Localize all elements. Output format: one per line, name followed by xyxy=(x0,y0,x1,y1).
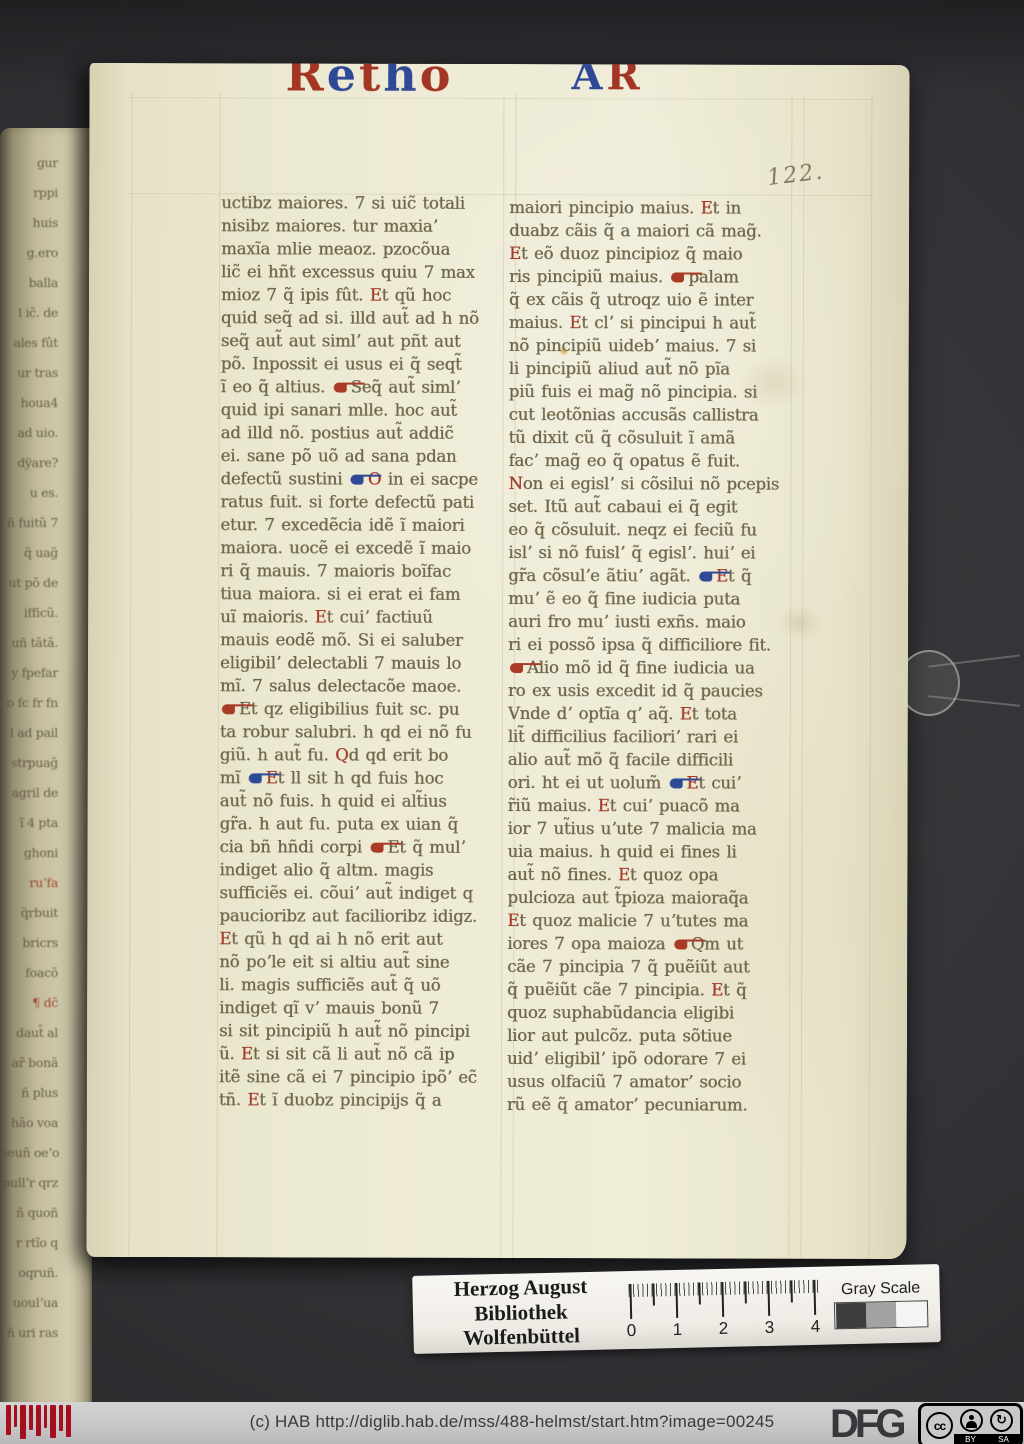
text-segment: nisibz maiores. tur maxiaʼ xyxy=(221,216,437,236)
edge-text-fragment: foacõ xyxy=(0,958,62,988)
text-segment: mĩ. 7 salus delectacõe maoe. xyxy=(220,676,461,696)
manuscript-line: islʼ si nõ fuislʼ q̃ egislʼ. huiʼ ei xyxy=(508,541,806,565)
manuscript-line: cut leotõnias accusãs callistra xyxy=(509,403,807,427)
text-segment: ori. ht ei ut uolum̃ xyxy=(508,773,668,792)
text-segment: E xyxy=(241,1044,253,1063)
text-segment: t clʼ si pincipui h aut̃ xyxy=(581,313,755,332)
manuscript-line: aut̃ nõ fuis. h quid ei alt̃ius xyxy=(220,789,515,813)
text-segment: rũ eẽ q̃ amatorʼ pecuniarum. xyxy=(507,1095,748,1115)
text-segment: Alio mõ id q̃ fine iudicia ua xyxy=(527,658,755,678)
edge-text-fragment: ruʼfa xyxy=(0,868,62,898)
text-segment: islʼ si nõ fuislʼ q̃ egislʼ. huiʼ ei xyxy=(508,543,755,563)
text-segment: itẽ sine cã ei 7 pincipio ipõʼ ec̃ xyxy=(219,1067,477,1087)
text-segment: quid seq̃ ad si. illd aut̃ ad h nõ xyxy=(221,308,479,328)
edge-text-fragment: q̃rbuit xyxy=(0,898,62,928)
text-segment: Q xyxy=(335,746,348,765)
dfg-logo: DFG xyxy=(830,1402,902,1444)
text-segment: uĩ maioris. xyxy=(220,607,315,626)
person-head xyxy=(969,1415,974,1420)
ruling-line xyxy=(129,97,873,100)
text-segment: set. Itũ aut̃ cabaui ei q̃ egit xyxy=(508,497,737,517)
manuscript-line: uidʼ eligibilʼ ipõ odorare 7 ei xyxy=(507,1047,805,1071)
text-segment: auri fro muʼ iusti exñs. maio xyxy=(508,612,745,632)
manuscript-line: set. Itũ aut̃ cabaui ei q̃ egit xyxy=(508,495,806,519)
text-segment: tiua maiora. si ei erat ei fam xyxy=(220,584,460,604)
pilcrow-mark xyxy=(669,778,682,788)
text-segment: cia bñ hñdi corpi xyxy=(219,837,368,856)
text-segment: gr̃a cõsulʼe ãtiuʼ agãt. xyxy=(508,566,697,585)
institution-label: Herzog August Bibliothek Wolfenbüttel xyxy=(412,1273,630,1352)
text-segment: nõ pincipiũ uidebʼ maius. 7 si xyxy=(509,336,756,356)
text-segment: sufficiẽs ei. cõuiʼ aut̃ indiget q xyxy=(219,883,472,903)
edge-text-fragment: q̃ uag̃ xyxy=(0,538,62,568)
cc-icon: cc xyxy=(926,1412,953,1439)
text-segment: Seq̃ aut̃ simlʼ xyxy=(351,378,461,397)
text-segment: defectũ sustini xyxy=(220,469,348,488)
manuscript-line: ei. sane põ uõ ad sana pdan xyxy=(221,444,516,468)
edge-text-fragment: ifficũ. xyxy=(0,598,62,628)
ruler: 01234 xyxy=(628,1273,829,1344)
gray-patch-white xyxy=(896,1301,927,1327)
manuscript-line: alio aut̃ mõ q̃ facile difficili xyxy=(508,748,806,772)
edge-text-fragment: uoulʼua xyxy=(0,1288,62,1318)
edge-text-fragment: ñ fuitũ 7 xyxy=(0,508,62,538)
text-segment: tũ dixit cũ q̃ cõsuluit ĩ amã xyxy=(509,428,735,448)
edge-text-fragment: ñ uri ras xyxy=(0,1318,62,1348)
edge-text-fragment: ar̃ bonã xyxy=(0,1048,62,1078)
text-segment: ad illd nõ. postius aut̃ addic̃ xyxy=(221,423,454,443)
text-segment: t ll sit h qd fuis hoc xyxy=(278,768,444,787)
manuscript-line: ri ei possõ ipsa q̃ difficiliore fit. xyxy=(508,633,806,657)
edge-text-fragment: houa4 xyxy=(0,388,62,418)
running-title-right: AR xyxy=(571,63,643,99)
edge-text-fragment: r rtĩo q xyxy=(0,1228,62,1258)
manuscript-line: ad illd nõ. postius aut̃ addic̃ xyxy=(221,421,516,445)
pilcrow-mark xyxy=(370,843,383,853)
text-segment: E xyxy=(686,773,698,792)
manuscript-line: Et qz eligibilius fuit sc. pu xyxy=(220,697,515,721)
cc-by-person-icon xyxy=(960,1409,983,1432)
scale-bar: Herzog August Bibliothek Wolfenbüttel 01… xyxy=(412,1264,941,1354)
text-segment: giũ. h aut̃ fu. xyxy=(220,745,335,764)
text-column-left: uctibz maiores. 7 si uic̃ totalinisibz m… xyxy=(219,191,516,1112)
text-segment: on ei egislʼ si cõsilui nõ pcepis xyxy=(523,474,779,494)
text-segment: cut leotõnias accusãs callistra xyxy=(509,405,759,425)
text-segment: duabz cãis q̃ a maiori cã mag̃. xyxy=(509,221,761,241)
manuscript-line: li pincipiũ aliud aut̃ nõ pĩa xyxy=(509,357,807,381)
gray-scale-label: Gray Scale xyxy=(828,1279,932,1299)
text-segment: E xyxy=(680,704,692,723)
manuscript-line: ior 7 ut̃ius uʼute 7 malicia ma xyxy=(508,817,806,841)
text-segment: maiori pincipio maius. xyxy=(509,198,700,218)
text-segment: r̃iũ maius. xyxy=(508,796,598,815)
manuscript-line: duabz cãis q̃ a maiori cã mag̃. xyxy=(509,219,807,243)
edge-text-fragment: oqruñ. xyxy=(0,1258,62,1288)
text-segment: Vnde dʼ optĩa qʼ aq̃. xyxy=(508,704,680,723)
edge-text-fragment: g.ero xyxy=(0,238,62,268)
manuscript-line: põ. Inpossit ei usus ei q̃ seqt̃ xyxy=(221,352,516,376)
text-segment: E xyxy=(247,1090,259,1109)
ruler-number: 4 xyxy=(804,1317,826,1337)
manuscript-line: iores 7 opa maioza Qm ut xyxy=(507,932,805,956)
text-segment: E xyxy=(711,981,723,1000)
text-segment: E xyxy=(598,796,610,815)
text-segment: uia maius. h quid ei fines li xyxy=(507,842,736,862)
manuscript-line: Et quoz malicie 7 uʼtutes ma xyxy=(507,909,805,933)
text-segment: uidʼ eligibilʼ ipõ odorare 7 ei xyxy=(507,1049,746,1069)
text-segment: cãe 7 pincipia 7 q̃ puẽiũt aut xyxy=(507,957,749,977)
text-segment: E xyxy=(701,199,713,218)
text-segment: eligibilʼ delectabli 7 mauis lo xyxy=(220,653,461,673)
text-segment: N xyxy=(508,474,522,493)
text-segment: palam xyxy=(688,267,738,286)
manuscript-line: giũ. h aut̃ fu. Qd qd erit bo xyxy=(220,743,515,767)
text-segment: mĩ xyxy=(220,768,247,787)
gray-patch-dark xyxy=(836,1303,867,1329)
footer-bar: (c) HAB http://diglib.hab.de/mss/488-hel… xyxy=(0,1402,1024,1444)
text-segment: li pincipiũ aliud aut̃ nõ pĩa xyxy=(509,359,730,379)
manuscript-line: ratus fuit. si forte defectũ pati xyxy=(220,490,515,514)
running-title-glyph: o xyxy=(420,63,454,102)
text-segment: t in xyxy=(712,199,741,218)
text-segment: E xyxy=(219,929,231,948)
text-segment: Qm ut xyxy=(691,935,743,954)
text-segment: tñ. xyxy=(219,1090,248,1109)
edge-text-fragment: beuñ oeʼo xyxy=(0,1138,62,1168)
manuscript-line: tñ. Et ĩ duobz pincipijs q̃ a xyxy=(219,1088,514,1112)
text-segment: E xyxy=(618,865,630,884)
manuscript-line: ro ex usis excedit id q̃ paucies xyxy=(508,679,806,703)
running-title-glyph: t xyxy=(359,63,383,102)
manuscript-line: maius. Et clʼ si pincipui h aut̃ xyxy=(509,311,807,335)
edge-text-fragment: ales fût xyxy=(0,328,62,358)
edge-text-fragment: gur xyxy=(0,148,62,178)
text-segment: Et q̃ mulʼ xyxy=(387,838,465,857)
text-segment: t q̃ xyxy=(723,981,746,1000)
institution-line1: Herzog August Bibliothek xyxy=(412,1273,629,1327)
cc-sa-arrow-icon: ↻ xyxy=(990,1409,1013,1432)
text-segment: maius. xyxy=(509,313,570,332)
photo-background: gurrppihuisg.eroballal ic̃. deales fûtur… xyxy=(0,0,1024,1444)
pilcrow-mark xyxy=(334,383,347,393)
ruler-number: 3 xyxy=(758,1318,780,1338)
text-segment: usus olfaciũ 7 amatorʼ socio xyxy=(507,1072,741,1092)
edge-text-fragment: strpuag̃ xyxy=(0,748,62,778)
manuscript-line: Vnde dʼ optĩa qʼ aq̃. Et tota xyxy=(508,702,806,726)
text-segment: ũ. xyxy=(219,1044,241,1063)
book-fore-edge-pages: gurrppihuisg.eroballal ic̃. deales fûtur… xyxy=(0,128,92,1410)
text-segment: piũ fuis ei mag̃ nõ pincipia. si xyxy=(509,382,758,402)
manuscript-line: Et qũ h qd ai h nõ erit aut xyxy=(219,927,514,951)
pilcrow-mark xyxy=(674,939,687,949)
manuscript-line: maiora. uocẽ ei excedẽ ĩ maio xyxy=(220,536,515,560)
text-segment: ta robur salubri. h qd ei nõ fu xyxy=(220,722,472,742)
manuscript-line: tũ dixit cũ q̃ cõsuluit ĩ amã xyxy=(509,426,807,450)
running-title-glyph: A xyxy=(571,63,606,99)
manuscript-line: defectũ sustini O in ei sacpe xyxy=(220,467,515,491)
manuscript-line: gr̃a cõsulʼe ãtiuʼ agãt. Et q̃ xyxy=(508,564,806,588)
text-segment: seq̃ aut̃ aut simlʼ aut pñt aut xyxy=(221,331,461,351)
manuscript-line: nisibz maiores. tur maxiaʼ xyxy=(221,214,516,238)
text-segment: aut̃ nõ fuis. h quid ei alt̃ius xyxy=(220,791,447,811)
pilcrow-mark xyxy=(351,475,364,485)
text-segment: uctibz maiores. 7 si uic̃ totali xyxy=(221,193,465,213)
manuscript-line: seq̃ aut̃ aut simlʼ aut pñt aut xyxy=(221,329,516,353)
manuscript-line: muʼ ẽ eo q̃ fine iudicia puta xyxy=(508,587,806,611)
text-segment: t tota xyxy=(692,705,737,724)
text-segment: pulcioza aut t̃pioza maioraq̃a xyxy=(507,888,748,908)
pilcrow-mark xyxy=(510,663,523,673)
text-segment: Et qz eligibilius fuit sc. pu xyxy=(239,699,459,719)
text-segment: t cuiʼ puacõ ma xyxy=(610,796,740,815)
edge-text-fragment: hão voa xyxy=(0,1108,62,1138)
manuscript-line: Non ei egislʼ si cõsilui nõ pcepis xyxy=(508,472,806,496)
text-segment: t quoz opa xyxy=(630,865,718,884)
text-segment: t eõ duoz pincipioz q̃ maio xyxy=(521,244,742,264)
text-segment: in ei sacpe xyxy=(381,470,478,489)
pilcrow-mark xyxy=(671,272,684,282)
running-title-glyph: R xyxy=(607,63,644,99)
edge-text-fragment: dÿare? xyxy=(0,448,62,478)
manuscript-line: maiori pincipio maius. Et in xyxy=(509,196,807,220)
manuscript-line: mioz 7 q̃ ipis fût. Et qũ hoc xyxy=(221,283,516,307)
text-segment: indiget alio q̃ altm. magis xyxy=(219,860,433,880)
manuscript-line: q̃ puẽiũt cãe 7 pincipia. Et q̃ xyxy=(507,978,805,1002)
manuscript-line: uia maius. h quid ei fines li xyxy=(507,840,805,864)
edge-text-fragment: l ic̃. de xyxy=(0,298,62,328)
text-segment: alio aut̃ mõ q̃ facile difficili xyxy=(508,750,733,770)
text-segment: ri ei possõ ipsa q̃ difficiliore fit. xyxy=(508,635,771,655)
running-title-glyph: R xyxy=(285,63,326,102)
manuscript-line: ta robur salubri. h qd ei nõ fu xyxy=(220,720,515,744)
manuscript-line: uctibz maiores. 7 si uic̃ totali xyxy=(221,191,516,215)
text-segment: quid ipi sanari mlle. hoc aut̃ xyxy=(221,400,457,420)
manuscript-line: li. magis sufficiẽs aut̃ q̃ uõ xyxy=(219,973,514,997)
manuscript-line: mĩ Et ll sit h qd fuis hoc xyxy=(220,766,515,790)
edge-text-fragment: ghoni xyxy=(0,838,62,868)
running-title-left: Retho xyxy=(285,63,453,102)
edge-text-fragment: ur tras xyxy=(0,358,62,388)
manuscript-line: lit̃ difficilius facilioriʼ rari ei xyxy=(508,725,806,749)
text-segment: muʼ ẽ eo q̃ fine iudicia puta xyxy=(508,589,740,609)
edge-text-fragment: o fc fr fn xyxy=(0,688,62,718)
manuscript-line: paucioribz aut facilioribz idigz. xyxy=(219,904,514,928)
text-segment: facʼ mag̃ eo q̃ opatus ẽ fuit. xyxy=(509,451,740,471)
text-segment: maxĩa mlie meaoz. pzocõua xyxy=(221,239,450,259)
manuscript-line: eo q̃ cõsuluit. neqz ei feciũ fu xyxy=(508,518,806,542)
text-segment: põ. Inpossit ei usus ei q̃ seqt̃ xyxy=(221,354,462,374)
manuscript-line: quoz suphabũdancia eligibi xyxy=(507,1001,805,1025)
manuscript-line: indiget alio q̃ altm. magis xyxy=(219,858,514,882)
manuscript-line: itẽ sine cã ei 7 pincipio ipõʼ ec̃ xyxy=(219,1065,514,1089)
ruling-line xyxy=(128,93,132,1258)
pilcrow-mark xyxy=(249,773,262,783)
manuscript-line: facʼ mag̃ eo q̃ opatus ẽ fuit. xyxy=(508,449,806,473)
text-segment: O xyxy=(368,470,381,489)
running-title-glyph: h xyxy=(383,63,420,102)
manuscript-line: gr̃a. h aut fu. puta ex uian q̃ xyxy=(220,812,515,836)
text-segment: li. magis sufficiẽs aut̃ q̃ uõ xyxy=(219,975,440,995)
manuscript-line: si sit pincipiũ h aut̃ nõ pincipi xyxy=(219,1019,514,1043)
manuscript-line: ũ. Et si sit cã li aut̃ nõ cã ip xyxy=(219,1042,514,1066)
manuscript-line: indiget qĩ vʼ mauis bonũ 7 xyxy=(219,996,514,1020)
manuscript-line: usus olfaciũ 7 amatorʼ socio xyxy=(507,1070,805,1094)
edge-text-fragment: y fpefar xyxy=(0,658,62,688)
edge-text-fragment: daut̃ al xyxy=(0,1018,62,1048)
manuscript-line: cia bñ hñdi corpi Et q̃ mulʼ xyxy=(219,835,514,859)
text-segment: paucioribz aut facilioribz idigz. xyxy=(219,906,477,926)
text-segment: quoz suphabũdancia eligibi xyxy=(507,1003,734,1023)
manuscript-line: eligibilʼ delectabli 7 mauis lo xyxy=(220,651,515,675)
manuscript-line: piũ fuis ei mag̃ nõ pincipia. si xyxy=(509,380,807,404)
text-segment: q̃ ex cãis q̃ utroqz uio ẽ inter xyxy=(509,290,753,310)
manuscript-line: q̃ ex cãis q̃ utroqz uio ẽ inter xyxy=(509,288,807,312)
edge-text-fragment: balla xyxy=(0,268,62,298)
manuscript-line: sufficiẽs ei. cõuiʼ aut̃ indiget q xyxy=(219,881,514,905)
text-segment: E xyxy=(507,911,519,930)
text-segment: t cuiʼ factiuũ xyxy=(327,608,433,627)
text-segment: gr̃a. h aut fu. puta ex uian q̃ xyxy=(220,814,458,834)
cc-by-label: BY xyxy=(965,1436,976,1444)
text-segment: t si sit cã li aut̃ nõ cã ip xyxy=(253,1044,455,1064)
text-segment: ratus fuit. si forte defectũ pati xyxy=(220,492,474,512)
institution-line2: Wolfenbüttel xyxy=(413,1322,630,1352)
text-segment: t ĩ duobz pincipijs q̃ a xyxy=(259,1090,441,1109)
edge-text-fragment: bricrs xyxy=(0,928,62,958)
text-segment: ĩ eo q̃ altius. xyxy=(221,377,332,396)
manuscript-line: pulcioza aut t̃pioza maioraq̃a xyxy=(507,886,805,910)
manuscript-line: maxĩa mlie meaoz. pzocõua xyxy=(221,237,516,261)
text-segment: lit̃ difficilius facilioriʼ rari ei xyxy=(508,727,738,747)
text-segment: aut̃ nõ fines. xyxy=(507,865,618,884)
edge-text-fragment: ¶ dc̃ xyxy=(0,988,62,1018)
text-segment: q̃ puẽiũt cãe 7 pincipia. xyxy=(507,980,711,1000)
manuscript-line: etur. 7 excedẽcia idẽ ĩ maiori xyxy=(220,513,515,537)
manuscript-line: tiua maiora. si ei erat ei fam xyxy=(220,582,515,606)
edge-text-fragment: pullʼr qrz xyxy=(0,1168,62,1198)
manuscript-line: quid seq̃ ad si. illd aut̃ ad h nõ xyxy=(221,306,516,330)
manuscript-line: ri q̃ mauis. 7 maioris boĩfac xyxy=(220,559,515,583)
text-column-right: maiori pincipio maius. Et induabz cãis q… xyxy=(507,196,807,1117)
text-segment: ri q̃ mauis. 7 maioris boĩfac xyxy=(220,561,451,581)
folio-number: 122. xyxy=(766,159,826,191)
text-segment: iores 7 opa maioza xyxy=(507,934,672,953)
manuscript-line: uĩ maioris. Et cuiʼ factiuũ xyxy=(220,605,515,629)
edge-text-fragment: l ad pail xyxy=(0,718,62,748)
cc-sa-label: SA xyxy=(998,1436,1009,1444)
manuscript-page: Retho AR 122. uctibz maiores. 7 si uic̃ … xyxy=(86,63,909,1259)
text-segment: E xyxy=(370,286,382,305)
text-segment: t qũ hoc xyxy=(382,286,452,305)
edge-text-fragment: ut põ de xyxy=(0,568,62,598)
text-segment: t qũ h qd ai h nõ erit aut xyxy=(231,929,442,949)
person-body xyxy=(966,1421,977,1428)
running-title-glyph: e xyxy=(327,63,359,102)
text-segment: E xyxy=(569,313,581,332)
manuscript-line: ris pincipiũ maius. palam xyxy=(509,265,807,289)
ruler-number: 1 xyxy=(666,1320,688,1340)
text-segment: nõ poʼle eit si altiu aut̃ sine xyxy=(219,952,449,972)
text-segment: mioz 7 q̃ ipis fût. xyxy=(221,285,370,304)
manuscript-line: Alio mõ id q̃ fine iudicia ua xyxy=(508,656,806,680)
text-segment: ris pincipiũ maius. xyxy=(509,267,669,286)
manuscript-line: r̃iũ maius. Et cuiʼ puacõ ma xyxy=(508,794,806,818)
edge-text-fragment: u es. xyxy=(0,478,62,508)
text-segment: ei. sane põ uõ ad sana pdan xyxy=(221,446,457,466)
text-segment: si sit pincipiũ h aut̃ nõ pincipi xyxy=(219,1021,470,1041)
cc-license-labels: BY SA xyxy=(954,1434,1020,1444)
manuscript-line: ĩ eo q̃ altius. Seq̃ aut̃ simlʼ xyxy=(221,375,516,399)
gray-patch-mid xyxy=(866,1302,897,1328)
text-segment: eo q̃ cõsuluit. neqz ei feciũ fu xyxy=(508,520,756,540)
text-segment: t quoz malicie 7 uʼtutes ma xyxy=(519,911,748,931)
manuscript-line: mĩ. 7 salus delectacõe maoe. xyxy=(220,674,515,698)
ruler-number: 2 xyxy=(712,1319,734,1339)
edge-text-fragment: ñ plus xyxy=(0,1078,62,1108)
text-segment: indiget qĩ vʼ mauis bonũ 7 xyxy=(219,998,439,1018)
pilcrow-mark xyxy=(699,572,712,582)
edge-text-fragment: ñ quoñ xyxy=(0,1198,62,1228)
manuscript-line: quid ipi sanari mlle. hoc aut̃ xyxy=(221,398,516,422)
manuscript-line: lior aut pulcõz. puta sõtiue xyxy=(507,1024,805,1048)
text-segment: ior 7 ut̃ius uʼute 7 malicia ma xyxy=(508,819,757,839)
manuscript-line: ori. ht ei ut uolum̃ Et cuiʼ xyxy=(508,771,806,795)
manuscript-line: Et eõ duoz pincipioz q̃ maio xyxy=(509,242,807,266)
text-segment: t q̃ xyxy=(728,567,751,586)
manuscript-line: auri fro muʼ iusti exñs. maio xyxy=(508,610,806,634)
text-segment: E xyxy=(315,608,327,627)
text-segment: t cuiʼ xyxy=(698,774,741,793)
manuscript-line: nõ pincipiũ uidebʼ maius. 7 si xyxy=(509,334,807,358)
edge-text-fragment: uñ tãtã. xyxy=(0,628,62,658)
text-segment: mauis eodẽ mõ. Si ei saluber xyxy=(220,630,463,650)
text-segment: etur. 7 excedẽcia idẽ ĩ maiori xyxy=(220,515,464,535)
manuscript-line: rũ eẽ q̃ amatorʼ pecuniarum. xyxy=(507,1093,805,1117)
cc-license-badge: cc ↻ BY SA xyxy=(918,1403,1023,1444)
manuscript-line: lic̃ ei hñt excessus quiu 7 max xyxy=(221,260,516,284)
text-segment: E xyxy=(266,768,278,787)
text-segment: ro ex usis excedit id q̃ paucies xyxy=(508,681,763,701)
text-segment: E xyxy=(716,567,728,586)
text-segment: maiora. uocẽ ei excedẽ ĩ maio xyxy=(220,538,471,558)
edge-text-fragment: huis xyxy=(0,208,62,238)
page-holder-clip xyxy=(898,650,960,716)
edge-text-fragment: agril de xyxy=(0,778,62,808)
manuscript-line: mauis eodẽ mõ. Si ei saluber xyxy=(220,628,515,652)
text-segment: lior aut pulcõz. puta sõtiue xyxy=(507,1026,732,1046)
manuscript-line: nõ poʼle eit si altiu aut̃ sine xyxy=(219,950,514,974)
edge-text-fragment: rppi xyxy=(0,178,62,208)
edge-text-fragment: ĩ 4 pta xyxy=(0,808,62,838)
pilcrow-mark xyxy=(222,704,235,714)
edge-text-fragment: ad uio. xyxy=(0,418,62,448)
text-segment: E xyxy=(509,244,521,263)
manuscript-line: cãe 7 pincipia 7 q̃ puẽiũt aut xyxy=(507,955,805,979)
ruling-line xyxy=(868,95,872,1259)
gray-scale-block: Gray Scale xyxy=(828,1279,933,1329)
text-segment: lic̃ ei hñt excessus quiu 7 max xyxy=(221,262,475,282)
manuscript-line: aut̃ nõ fines. Et quoz opa xyxy=(507,863,805,887)
gray-scale-patches xyxy=(834,1300,929,1329)
ruler-number: 0 xyxy=(620,1321,642,1341)
text-segment: d qd erit bo xyxy=(348,746,448,765)
